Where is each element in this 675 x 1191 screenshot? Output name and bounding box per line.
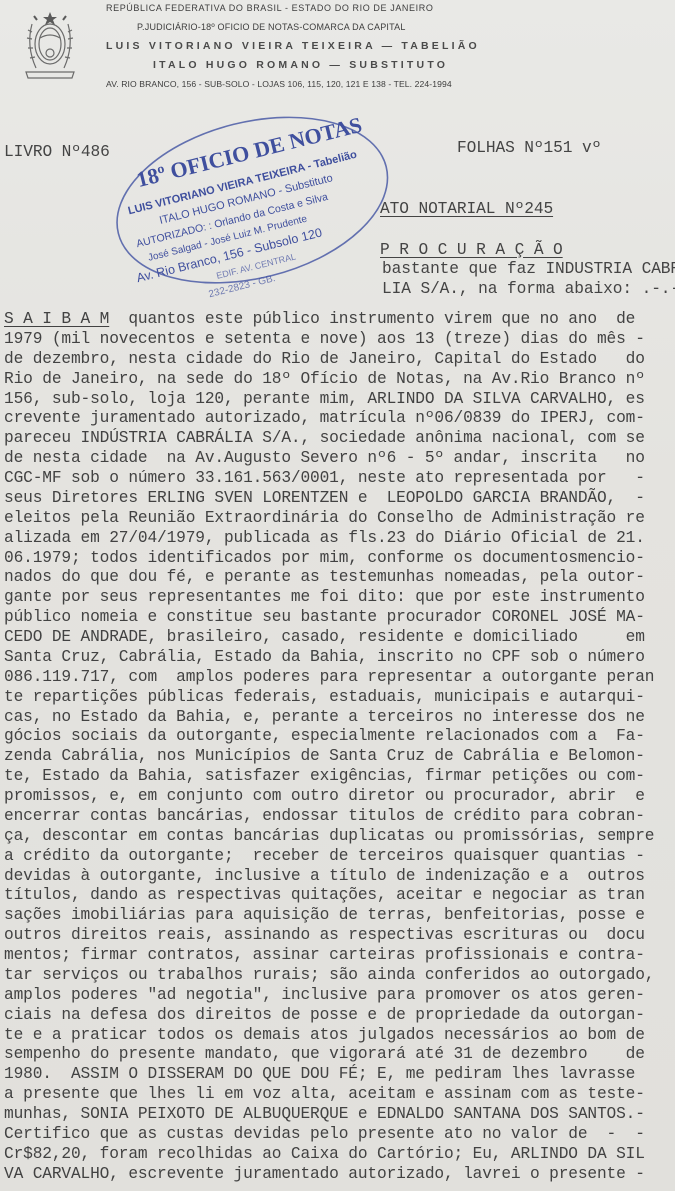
body-line: ciais na defesa dos direitos de posse e … — [4, 1006, 672, 1026]
letterhead-republic: REPÚBLICA FEDERATIVA DO BRASIL - ESTADO … — [106, 3, 433, 13]
body-line: VA CARVALHO, escrevente juramentado auto… — [4, 1165, 672, 1185]
body-line: alizada em 27/04/1979, publicada as fls.… — [4, 529, 672, 549]
coat-of-arms-icon — [22, 6, 78, 86]
body-line: gante por seus representantes me foi dit… — [4, 588, 672, 608]
body-line: sempenho do presente mandato, que vigora… — [4, 1045, 672, 1065]
notarial-act-number: ATO NOTARIAL Nº245 — [380, 200, 553, 218]
body-line: 156, sub-solo, loja 120, perante mim, AR… — [4, 390, 672, 410]
body-line: te e a praticar todos os demais atos jul… — [4, 1026, 672, 1046]
body-line: 06.1979; todos identificados por mim, co… — [4, 549, 672, 569]
body-line: Santa Cruz, Cabrália, Estado da Bahia, i… — [4, 648, 672, 668]
body-line: 086.119.717, com amplos poderes para rep… — [4, 668, 672, 688]
document-title: P R O C U R A Ç Ã O — [380, 241, 563, 259]
document-subtitle-line2: LIA S/A., na forma abaixo: .-.-.-. — [382, 280, 675, 298]
body-line: sações imobiliárias para aquisição de te… — [4, 906, 672, 926]
opening-word: S A I B A M — [4, 310, 109, 328]
body-line: zenda Cabrália, nos Municípios de Santa … — [4, 747, 672, 767]
letterhead-tabeliao: LUIS VITORIANO VIEIRA TEIXEIRA — TABELIÃ… — [106, 40, 480, 52]
notary-stamp: 18º OFICIO DE NOTAS LUIS VITORIANO VIEIR… — [108, 108, 398, 298]
letterhead-address: AV. RIO BRANCO, 156 - SUB-SOLO - LOJAS 1… — [106, 79, 452, 89]
body-line: gócios sociais da outorgante, especialme… — [4, 727, 672, 747]
body-line: títulos, dando as respectivas quitações,… — [4, 886, 672, 906]
notarial-document-page: REPÚBLICA FEDERATIVA DO BRASIL - ESTADO … — [0, 0, 675, 1191]
body-line: eleitos pela Reunião Extraordinária do C… — [4, 509, 672, 529]
body-line-0: quantos este público instrumento virem q… — [109, 310, 635, 328]
document-body: S A I B A M quantos este público instrum… — [4, 310, 672, 1185]
body-line: nados do que dou fé, e perante as testem… — [4, 568, 672, 588]
body-line: devidas à outorgante, inclusive a título… — [4, 867, 672, 887]
body-line: seus Diretores ERLING SVEN LORENTZEN e L… — [4, 489, 672, 509]
book-number: LIVRO Nº486 — [4, 143, 110, 161]
document-subtitle-line1: bastante que faz INDUSTRIA CABRÁ — [382, 260, 675, 278]
body-line: Cr$82,20, foram recolhidas ao Caixa do C… — [4, 1145, 672, 1165]
body-line: público nomeia e constitue seu bastante … — [4, 608, 672, 628]
body-line: crevente juramentado autorizado, matrícu… — [4, 409, 672, 429]
body-line: de dezembro, nesta cidade do Rio de Jane… — [4, 350, 672, 370]
body-line: ça, descontar em contas bancárias duplic… — [4, 827, 672, 847]
body-line: mentos; firmar contratos, assinar cartei… — [4, 946, 672, 966]
body-line: tar serviços ou trabalhos rurais; são ai… — [4, 966, 672, 986]
body-line: 1979 (mil novecentos e setenta e nove) a… — [4, 330, 672, 350]
body-line: te, Estado da Bahia, satisfazer exigênci… — [4, 767, 672, 787]
body-line: Certifico que as custas devidas pelo pre… — [4, 1125, 672, 1145]
body-line: a crédito da outorgante; receber de terc… — [4, 847, 672, 867]
body-line: cas, no Estado da Bahia, e, perante a te… — [4, 708, 672, 728]
body-line: CGC-MF sob o número 33.161.563/0001, nes… — [4, 469, 672, 489]
body-line: promissos, e, em conjunto com outro dire… — [4, 787, 672, 807]
body-line: a presente que lhes li em voz alta, acei… — [4, 1085, 672, 1105]
page-number: FOLHAS Nº151 vº — [457, 139, 601, 157]
letterhead-substituto: ITALO HUGO ROMANO — SUBSTITUTO — [153, 59, 448, 71]
letterhead-judiciary: P.JUDICIÁRIO-18º OFICIO DE NOTAS-COMARCA… — [137, 22, 406, 32]
body-line: munhas, SONIA PEIXOTO DE ALBUQUERQUE e E… — [4, 1105, 672, 1125]
body-line-first: S A I B A M quantos este público instrum… — [4, 310, 672, 330]
body-line: outros direitos reais, assinando as resp… — [4, 926, 672, 946]
body-line: de nesta cidade na Av.Augusto Severo nº6… — [4, 449, 672, 469]
body-line: encerrar contas bancárias, endossar titu… — [4, 807, 672, 827]
body-line: amplos poderes "ad negotia", inclusive p… — [4, 986, 672, 1006]
body-line: Rio de Janeiro, na sede do 18º Ofício de… — [4, 370, 672, 390]
body-line: CEDO DE ANDRADE, brasileiro, casado, res… — [4, 628, 672, 648]
body-line: pareceu INDÚSTRIA CABRÁLIA S/A., socieda… — [4, 429, 672, 449]
body-line: te repartições públicas federais, estadu… — [4, 688, 672, 708]
body-line: 1980. ASSIM O DISSERAM DO QUE DOU FÉ; E,… — [4, 1065, 672, 1085]
